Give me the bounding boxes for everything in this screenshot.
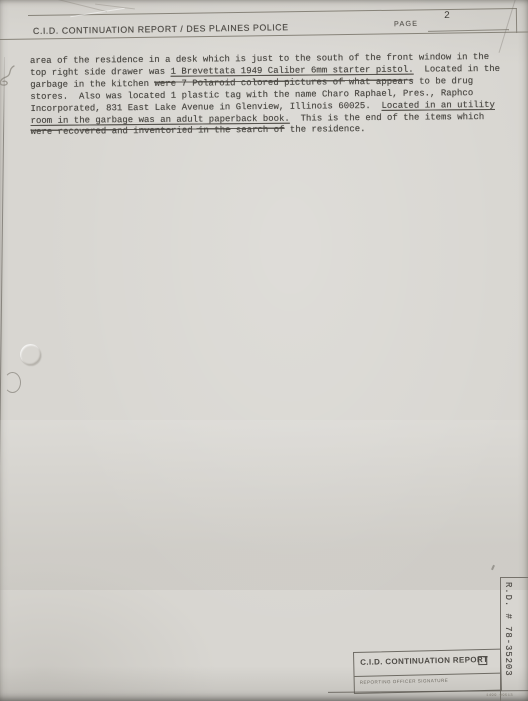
footer-form-box: C.I.D. CONTINUATION REPORT REPORTING OFF… [353, 649, 502, 694]
reporting-officer-signature-label: REPORTING OFFICER SIGNATURE [360, 678, 449, 685]
report-body-text: area of the residence in a desk which is… [30, 52, 513, 140]
page-number: 2 [444, 11, 450, 22]
embossed-circle-mark [20, 344, 41, 365]
paper-edge-notch [4, 372, 21, 393]
rd-case-number: R.D. # 78-35203 [503, 582, 513, 698]
wrinkle-crease [49, 0, 107, 12]
struck-phrase-polaroids: were 7 Polaroid colored pictures of what… [154, 76, 413, 88]
footer-box-divider [355, 673, 501, 677]
report-header-title: C.I.D. CONTINUATION REPORT / DES PLAINES… [33, 22, 289, 36]
underlined-phrase-utility: Located in an utility [381, 100, 495, 111]
page-label: PAGE [394, 19, 418, 28]
underlined-phrase-pistol: 1 Brevettata 1949 Caliber 6mm starter pi… [171, 65, 414, 77]
form-print-code: 1499 99513 [486, 694, 513, 698]
underlined-phrase-paperback: room in the garbage was an adult paperba… [31, 113, 290, 125]
header-right-rule [516, 8, 517, 33]
report-text-line: were recovered and inventoried in the se… [31, 123, 513, 139]
footer-box-title: C.I.D. CONTINUATION REPORT [360, 655, 488, 667]
scanned-report-page: C.I.D. CONTINUATION REPORT / DES PLAINES… [0, 0, 528, 701]
struck-phrase-recovered: were recovered and inventoried in the se… [31, 125, 285, 137]
paper-shading [0, 560, 220, 701]
checkbox-icon [478, 655, 487, 664]
rd-column-top-rule [500, 577, 528, 578]
